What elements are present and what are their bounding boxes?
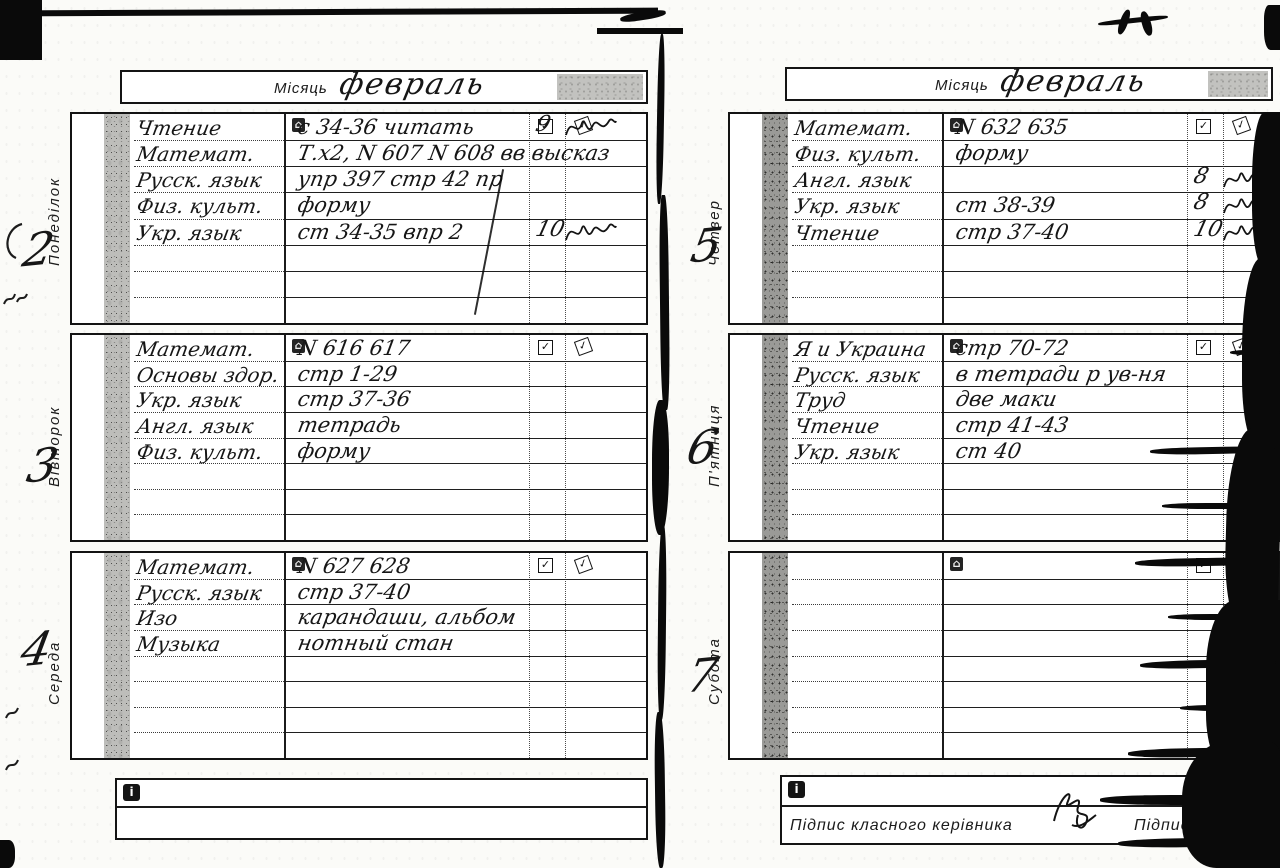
task-cell: Т.х2, N 607 N 608 вв высказ (296, 140, 612, 166)
subject-cell: Русск. язык (135, 167, 264, 193)
ink-streak (1230, 350, 1280, 355)
subject-cell: Чтение (793, 220, 882, 246)
subject-cell: Основы здор. (135, 362, 281, 388)
task-cell: стр 37-36 (296, 386, 413, 412)
ink-blot (1182, 742, 1280, 868)
task-cell: нотный стан (296, 630, 456, 656)
task-cell: две маки (954, 386, 1059, 412)
grade-cell: 10 (533, 217, 567, 243)
subject-cell: Чтение (793, 413, 882, 439)
task-cell: ст 38-39 (954, 192, 1057, 218)
binding-shadow (659, 195, 670, 410)
rule-line-solid (944, 297, 1278, 298)
rule-line-solid (286, 656, 646, 657)
rule-line-solid (286, 489, 646, 490)
info-icon: i (788, 781, 805, 798)
subject-cell: Укр. язык (793, 439, 902, 465)
task-cell: стр 1-29 (296, 361, 400, 387)
rule-line-dotted (792, 297, 942, 298)
subject-cell: Физ. культ. (135, 193, 265, 219)
month-value-handwritten: февраль (997, 64, 1150, 99)
teacher-signature (564, 218, 624, 246)
task-cell: стр 37-40 (296, 579, 413, 605)
subject-cell: Укр. язык (793, 193, 902, 219)
scan-artifact-edge (0, 840, 15, 868)
ink-streak (1180, 705, 1276, 711)
rule-line-dotted (792, 732, 942, 733)
task-cell: стр 41-43 (954, 412, 1071, 438)
footer-box-left: i (115, 778, 648, 840)
rule-line-dotted (792, 489, 942, 490)
grade-cell: 10 (1191, 217, 1225, 243)
rule-line-solid (944, 271, 1278, 272)
checkbox-checked-icon: ✓ (538, 558, 553, 573)
stray-pen-marks (2, 700, 26, 820)
rule-line-dotted (134, 681, 284, 682)
day-block-friday: ⌂✓✓Я и Украинастр 70-72Русск. языкв тетр… (728, 333, 1280, 542)
rule-line-dotted (134, 489, 284, 490)
binding-shadow (657, 525, 667, 720)
rule-line-dotted (792, 579, 942, 580)
binding-shadow (652, 400, 669, 535)
checkbox-sign-icon: ✓ (574, 555, 593, 574)
task-cell: стр 70-72 (954, 335, 1071, 361)
rule-line-dotted (134, 271, 284, 272)
binding-shadow (597, 28, 683, 34)
day-stripe (762, 553, 788, 758)
rule-line-solid (286, 681, 646, 682)
rule-line-solid (286, 707, 646, 708)
day-block-monday: ⌂✓✓Чтениес 34-36 читать9Математ.Т.х2, N … (70, 112, 648, 325)
task-cell: ст 40 (954, 438, 1024, 464)
teacher-signature-label: Підпис класного керівника (790, 817, 1013, 835)
subject-cell: Русск. язык (793, 362, 922, 388)
checkbox-checked-icon: ✓ (1196, 119, 1211, 134)
subject-cell: Математ. (135, 554, 257, 580)
day-stripe (104, 335, 130, 540)
month-header-shaded-box (557, 74, 643, 100)
rule-line-dotted (792, 707, 942, 708)
subject-cell: Укр. язык (135, 220, 244, 246)
day-stripe (104, 553, 130, 758)
subject-cell: Англ. язык (135, 413, 256, 439)
rule-line-solid (286, 271, 646, 272)
subject-cell: Англ. язык (793, 167, 914, 193)
task-cell: форму (954, 140, 1031, 166)
task-cell: N 627 628 (296, 553, 412, 579)
day-stripe (762, 114, 788, 323)
subject-cell: Труд (793, 387, 848, 413)
task-cell: тетрадь (296, 412, 404, 438)
binding-shadow (656, 34, 666, 204)
class-teacher-signature (1044, 785, 1110, 829)
rule-line-dotted (792, 681, 942, 682)
task-cell: ст 34-35 впр 2 (296, 219, 465, 245)
rule-line-dotted (134, 297, 284, 298)
month-label: Місяць (274, 80, 328, 97)
grade-cell: 8 (1191, 164, 1211, 190)
task-cell: форму (296, 438, 373, 464)
subject-cell: Математ. (135, 336, 257, 362)
binding-shadow (654, 712, 666, 868)
month-label: Місяць (935, 77, 989, 94)
checkbox-sign-icon: ✓ (1232, 116, 1251, 135)
subject-cell: Русск. язык (135, 580, 264, 606)
scan-artifact-scribble (1139, 10, 1155, 37)
day-block-wednesday: ⌂✓✓Математ.N 627 628Русск. языкстр 37-40… (70, 551, 648, 760)
month-value-handwritten: февраль (336, 67, 489, 102)
day-stripe (104, 114, 130, 323)
day-block-thursday: ⌂✓✓Математ.N 632 635Физ. культ.формуАнгл… (728, 112, 1280, 325)
rule-line-dotted (792, 656, 942, 657)
rule-line-dotted (134, 732, 284, 733)
task-cell: в тетради р ув-ня (954, 361, 1169, 387)
ink-streak (1100, 795, 1280, 805)
task-cell: карандаши, альбом (296, 604, 518, 630)
subject-cell: Я и Украина (793, 336, 928, 362)
task-cell: стр 37-40 (954, 219, 1071, 245)
task-cell: форму (296, 192, 373, 218)
day-stripe (762, 335, 788, 540)
rule-line-dotted (134, 514, 284, 515)
ink-blot (1252, 112, 1280, 267)
rule-line-dotted (792, 604, 942, 605)
subject-cell: Физ. культ. (135, 439, 265, 465)
scan-artifact-top-line (16, 8, 658, 17)
homework-icon: ⌂ (950, 557, 963, 571)
subject-cell: Чтение (135, 115, 224, 141)
day-block-saturday: ⌂✓✓ (728, 551, 1280, 760)
footer-divider (117, 806, 646, 808)
task-cell: с 34-36 читать (296, 114, 477, 140)
checkbox-checked-icon: ✓ (538, 340, 553, 355)
subject-cell: Математ. (793, 115, 915, 141)
month-header-shaded-box (1208, 71, 1268, 97)
rule-line-dotted (792, 514, 942, 515)
scan-artifact-scribble (1098, 14, 1168, 26)
task-cell: N 632 635 (954, 114, 1070, 140)
grade-cell: 8 (1191, 190, 1211, 216)
rule-line-solid (286, 732, 646, 733)
scan-artifact-corner (0, 0, 42, 60)
month-header-right: Місяць февраль (785, 67, 1273, 101)
scan-artifact-edge (1264, 5, 1280, 50)
rule-line-dotted (792, 630, 942, 631)
rule-line-solid (286, 514, 646, 515)
checkbox-checked-icon: ✓ (1196, 340, 1211, 355)
day-block-tuesday: ⌂✓✓Математ.N 616 617Основы здор.стр 1-29… (70, 333, 648, 542)
subject-cell: Математ. (135, 141, 257, 167)
teacher-signature (564, 113, 624, 141)
ink-streak (1168, 614, 1276, 620)
subject-cell: Музыка (135, 631, 223, 657)
task-cell: N 616 617 (296, 335, 412, 361)
task-cell: упр 397 стр 42 пр (296, 166, 505, 192)
stray-pen-marks (0, 212, 30, 342)
subject-cell: Изо (135, 605, 180, 631)
rule-line-dotted (792, 271, 942, 272)
rule-line-solid (286, 297, 646, 298)
info-icon: i (123, 784, 140, 801)
subject-cell: Укр. язык (135, 387, 244, 413)
subject-cell: Физ. культ. (793, 141, 923, 167)
checkbox-sign-icon: ✓ (574, 337, 593, 356)
rule-line-dotted (134, 707, 284, 708)
ink-streak (1162, 503, 1274, 509)
month-header-left: Місяць февраль (120, 70, 648, 104)
